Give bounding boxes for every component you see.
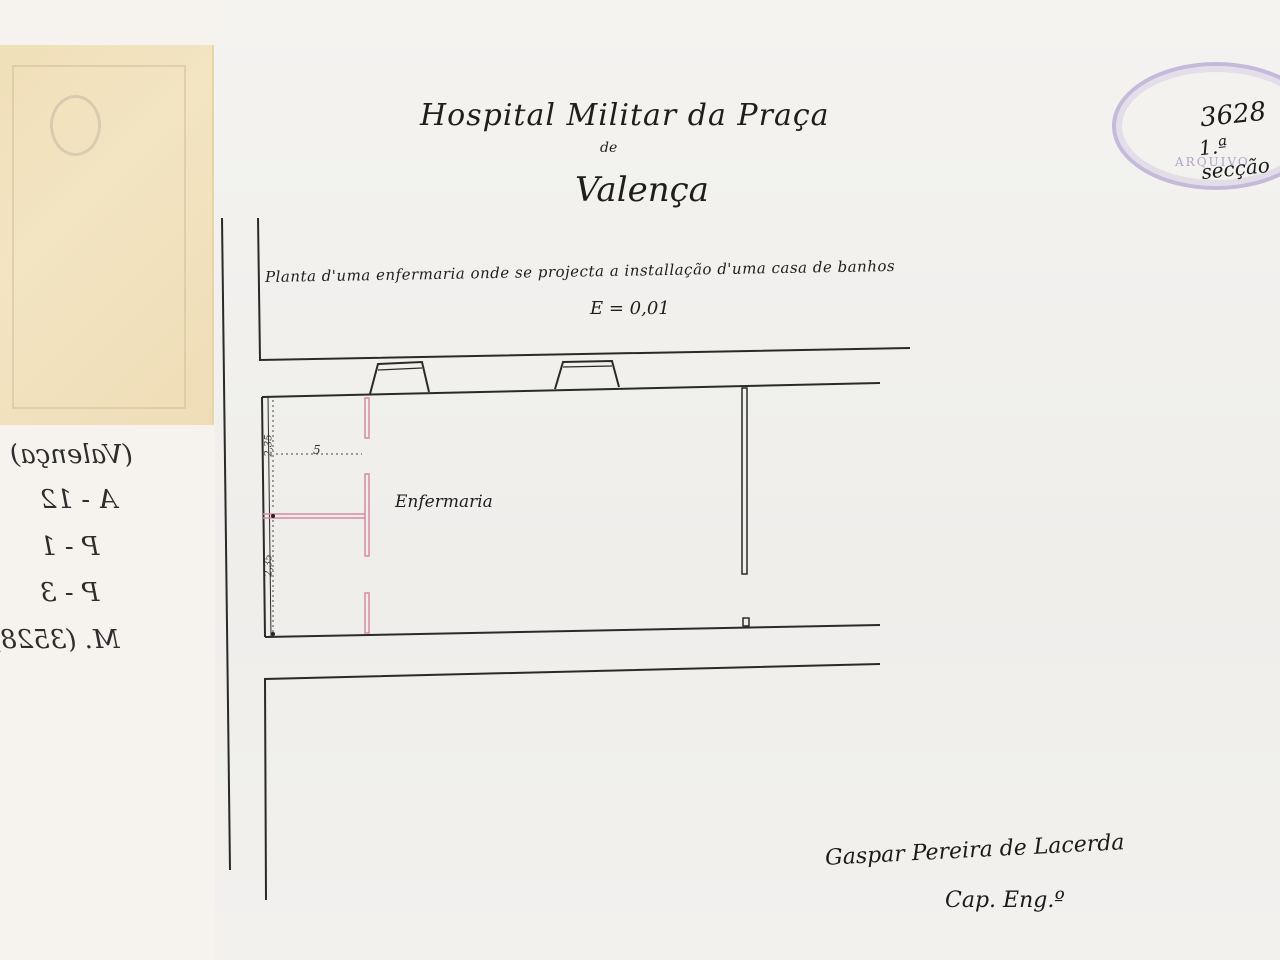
dimension-label: 2,35 — [264, 554, 275, 576]
proposed-wall-segment — [365, 398, 369, 438]
right-partition-wall — [742, 388, 747, 574]
proposed-wall-segment — [365, 474, 369, 556]
floor-plan — [0, 0, 1280, 960]
window-bay-2 — [555, 361, 619, 389]
room-left-wall — [262, 397, 265, 637]
dimension-label: 2,35 — [264, 434, 275, 456]
signature-rank: Cap. Eng.º — [945, 888, 1065, 913]
lower-building-outline — [265, 664, 880, 900]
dimension-label: 5 — [313, 443, 321, 457]
room-top-wall — [262, 383, 880, 397]
proposed-partitions — [263, 398, 369, 633]
dimension-lines — [273, 400, 362, 634]
door-mark — [743, 618, 749, 626]
room-label-enfermaria: Enfermaria — [395, 492, 493, 512]
proposed-wall-segment — [365, 593, 369, 633]
upper-building-outline — [258, 218, 910, 360]
room-bottom-wall — [265, 625, 880, 637]
outer-boundary-line — [222, 218, 230, 870]
window-bay-1 — [370, 362, 429, 394]
